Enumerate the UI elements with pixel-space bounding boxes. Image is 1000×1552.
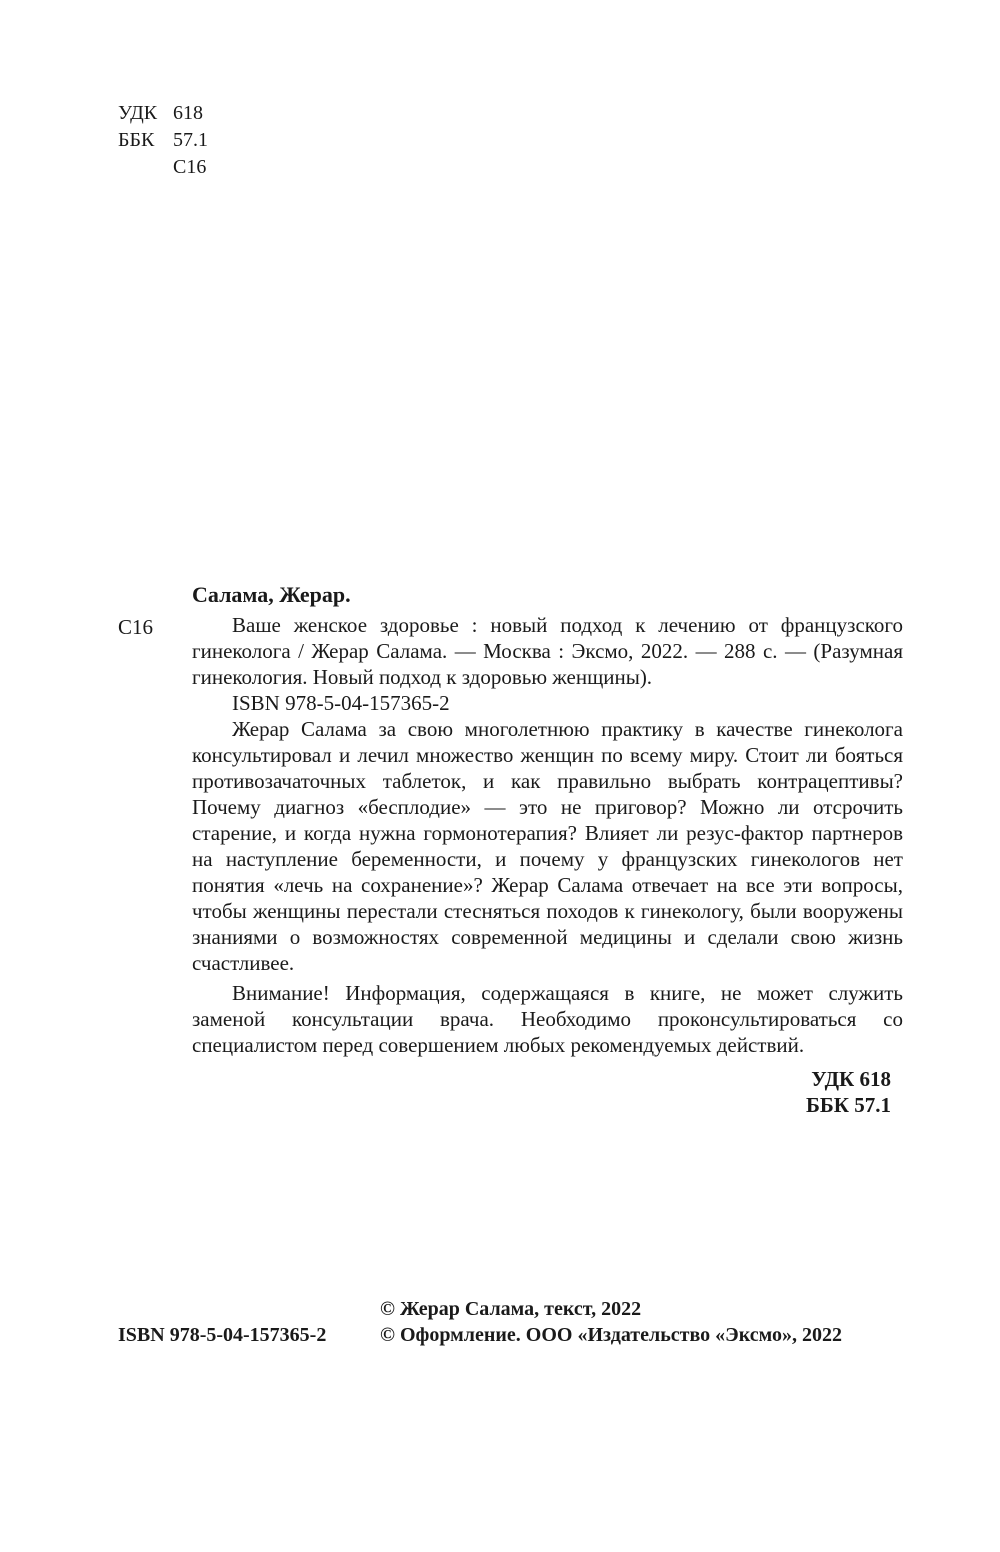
record-classification: УДК 618 ББК 57.1	[192, 1066, 891, 1118]
classification-block: УДК 618 ББК 57.1 С16	[118, 100, 208, 181]
annotation: Жерар Салама за свою многолетнюю практик…	[192, 716, 903, 1058]
author-sign-row: С16	[118, 154, 208, 181]
udk-row: УДК 618	[118, 100, 208, 127]
copyright-footer: © Жерар Салама, текст, 2022 ISBN 978-5-0…	[118, 1296, 898, 1348]
annotation-paragraph: Жерар Салама за свою многолетнюю практик…	[192, 716, 903, 976]
copyright-design: © Оформление. ООО «Издательство «Эксмо»,…	[380, 1322, 842, 1348]
record-author-sign: С16	[118, 614, 153, 640]
udk-label: УДК	[118, 100, 173, 127]
author-heading: Салама, Жерар.	[192, 582, 903, 608]
record-udk: УДК 618	[192, 1066, 891, 1092]
bbk-value: 57.1	[173, 127, 208, 154]
author-sign: С16	[173, 154, 206, 181]
record-bbk: ББК 57.1	[192, 1092, 891, 1118]
imprint-page: УДК 618 ББК 57.1 С16 Салама, Жерар. С16 …	[0, 0, 1000, 1552]
record-isbn: ISBN 978-5-04-157365-2	[192, 690, 903, 716]
bibliographic-record: Салама, Жерар. С16 Ваше женское здоровье…	[118, 582, 903, 1118]
copyright-text: © Жерар Салама, текст, 2022	[380, 1296, 641, 1322]
bbk-label: ББК	[118, 127, 173, 154]
annotation-warning: Внимание! Информация, содержащаяся в кни…	[192, 980, 903, 1058]
udk-value: 618	[173, 100, 203, 127]
bibliographic-description: Ваше женское здоровье : новый подход к л…	[192, 612, 903, 690]
bbk-row: ББК 57.1	[118, 127, 208, 154]
record-body: Ваше женское здоровье : новый подход к л…	[192, 612, 903, 1118]
footer-isbn: ISBN 978-5-04-157365-2	[118, 1322, 380, 1348]
